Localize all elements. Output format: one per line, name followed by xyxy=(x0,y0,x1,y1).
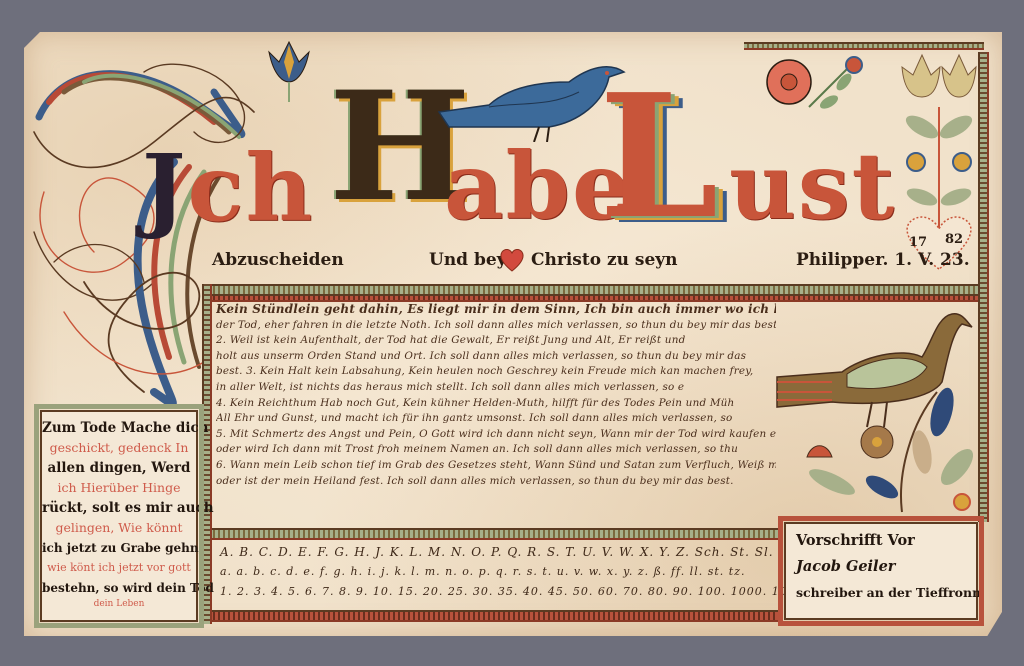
text-line: in aller Welt, ist nichts das heraus mic… xyxy=(216,380,776,396)
poem-line: bestehn, so wird dein Tod xyxy=(42,578,196,598)
poem-line: gelingen, Wie könnt xyxy=(42,518,196,538)
tulip-icon xyxy=(259,37,319,107)
poem-line: allen dingen, Werd xyxy=(42,458,196,478)
title-word-ich: Jch xyxy=(142,142,314,234)
poem-line: ich Hierüber Hinge xyxy=(42,478,196,498)
text-line: Kein Stündlein geht dahin, Es liegt mir … xyxy=(216,302,776,318)
poem-line: geschickt, gedenck In xyxy=(42,438,196,458)
border-band-middle xyxy=(210,528,782,540)
title-word-lust: ust xyxy=(729,140,896,232)
subtitle-right: Christo zu seyn xyxy=(531,250,678,270)
text-line: 4. Kein Reichthum Hab noch Gut, Kein küh… xyxy=(216,396,776,412)
fraktur-document: Jch H abe L ust 17 82 xyxy=(24,32,1002,636)
poem-line: dein Leben xyxy=(42,598,196,610)
flower-sprig-icon xyxy=(759,47,879,147)
tulip-tree-icon xyxy=(894,47,984,272)
subtitle-left: Abzuscheiden xyxy=(212,250,344,270)
poem-line: ich jetzt zu Grabe gehn, xyxy=(42,538,196,558)
border-band-top-right xyxy=(744,42,984,50)
border-band-vertical-right xyxy=(978,52,989,522)
text-line: 2. Weil ist kein Aufenthalt, der Tod hat… xyxy=(216,333,776,349)
date-left: 17 xyxy=(909,235,927,250)
alphabet-lowercase: a. a. b. c. d. e. f. g. h. i. j. k. l. m… xyxy=(220,562,780,582)
border-band-top-red xyxy=(210,294,978,302)
text-line: der Tod, eher fahren in die letzte Noth.… xyxy=(216,318,776,334)
border-band-bottom xyxy=(210,610,782,622)
signature-line-3: schreiber an der Tieffronn xyxy=(796,580,966,606)
striped-bird-icon xyxy=(772,302,982,517)
title-cap: J xyxy=(142,134,188,242)
numerals-line: 1. 2. 3. 4. 5. 6. 7. 8. 9. 10. 15. 20. 2… xyxy=(220,582,780,602)
poem-line: rückt, solt es mir auch xyxy=(42,498,196,518)
main-text-block: Kein Stündlein geht dahin, Es liegt mir … xyxy=(216,302,776,489)
signature-line-1: Vorschrifft Vor xyxy=(796,528,966,554)
border-band-vertical-left xyxy=(202,284,212,624)
signature-name: Jacob Geiler xyxy=(796,554,966,580)
title-rest: ch xyxy=(188,134,315,242)
text-line: holt aus unserm Orden Stand und Ort. Ich… xyxy=(216,349,776,365)
poem-line: Zum Tode Mache dich xyxy=(42,418,196,438)
alphabet-block: A. B. C. D. E. F. G. H. J. K. L. M. N. O… xyxy=(220,542,780,602)
text-line: 6. Wann mein Leib schon tief im Grab des… xyxy=(216,458,776,474)
date-right: 82 xyxy=(945,232,963,247)
signature-box: Vorschrifft Vor Jacob Geiler schreiber a… xyxy=(784,522,978,620)
title-cap-l: L xyxy=(599,72,719,242)
subtitle-middle: Und bey xyxy=(429,250,507,270)
text-line: oder ist der mein Heiland fest. Ich soll… xyxy=(216,474,776,490)
text-line: oder wird Ich dann mit Trost froh meinem… xyxy=(216,442,776,458)
text-line: best. 3. Kein Halt kein Labsahung, Kein … xyxy=(216,364,776,380)
text-line: 5. Mit Schmertz des Angst und Pein, O Go… xyxy=(216,427,776,443)
alphabet-uppercase: A. B. C. D. E. F. G. H. J. K. L. M. N. O… xyxy=(220,542,780,562)
heart-icon xyxy=(498,247,526,273)
poem-box: Zum Tode Mache dich geschickt, gedenck I… xyxy=(40,410,198,622)
text-line: All Ehr und Gunst, und macht ich für ihn… xyxy=(216,411,776,427)
scripture-reference: Philipper. 1. V. 23. xyxy=(796,250,970,270)
poem-line: wie könt ich jetzt vor gott xyxy=(42,558,196,578)
